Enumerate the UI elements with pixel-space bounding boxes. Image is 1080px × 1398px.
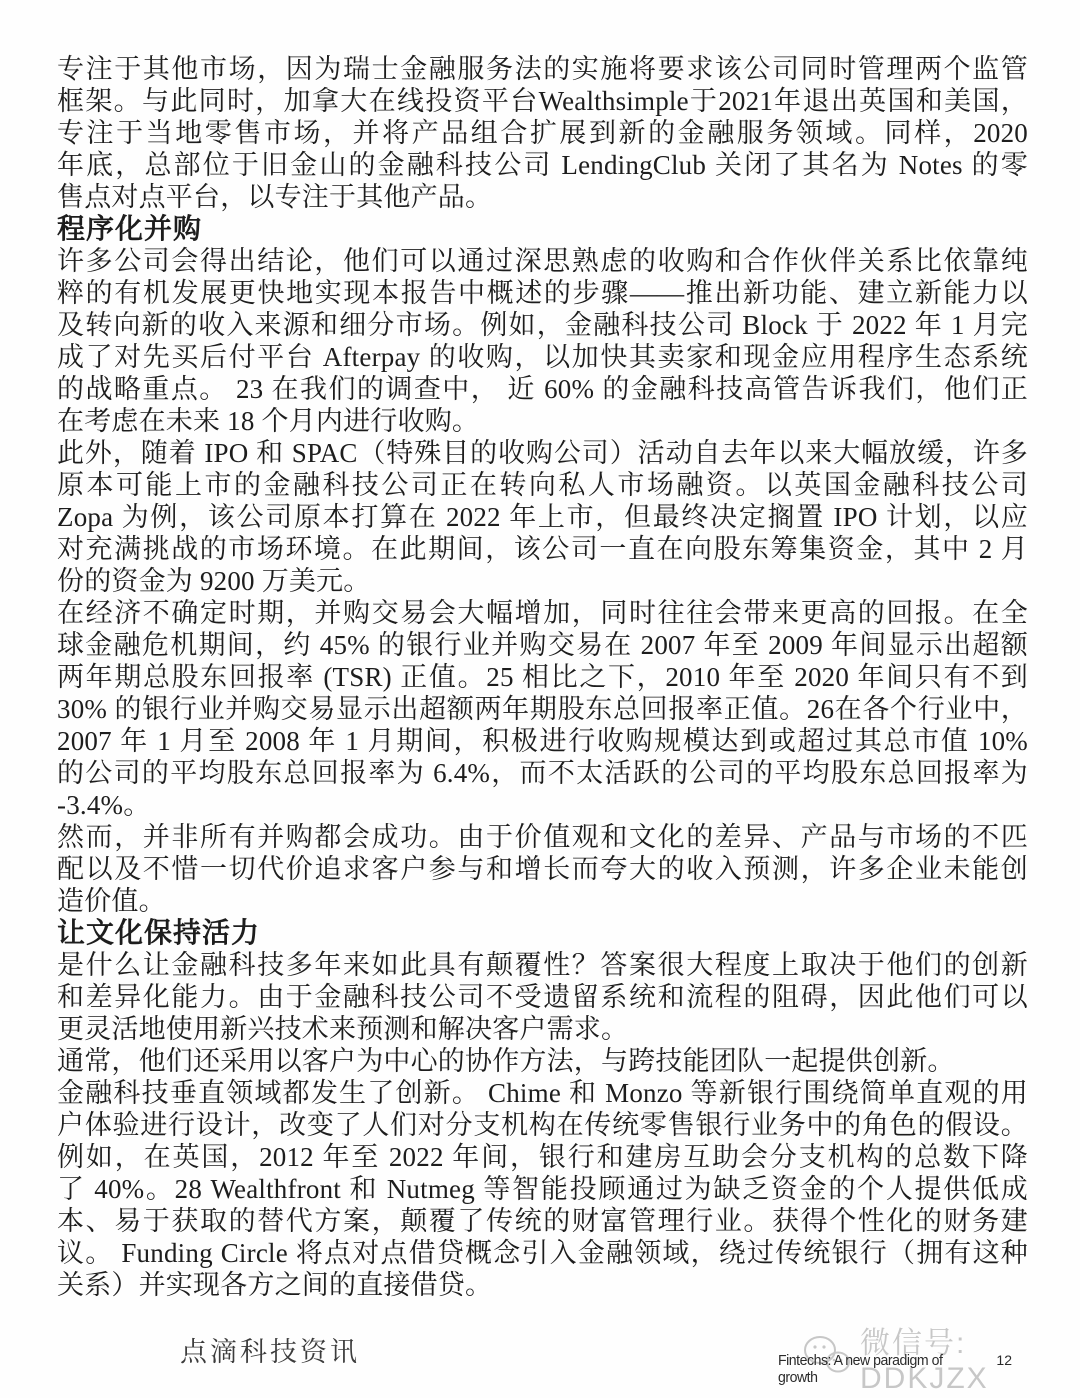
text-line: 和差异化能力。由于金融科技公司不受遗留系统和流程的阻碍，因此他们可以 — [57, 981, 1028, 1013]
text-line: Zopa 为例，该公司原本打算在 2022 年上市，但最终决定搁置 IPO 计划… — [57, 501, 1028, 533]
text-line: 份的资金为 9200 万美元。 — [57, 565, 1028, 597]
text-line: -3.4%。 — [57, 789, 1028, 821]
text-line: 通常，他们还采用以客户为中心的协作方法，与跨技能团队一起提供创新。 — [57, 1045, 1028, 1077]
text-line: 原本可能上市的金融科技公司正在转向私人市场融资。以英国金融科技公司 — [57, 469, 1028, 501]
text-line: 更灵活地使用新兴技术来预测和解决客户需求。 — [57, 1013, 1028, 1045]
text-line: 售点对点平台，以专注于其他产品。 — [57, 181, 1028, 213]
section-heading: 让文化保持活力 — [57, 917, 1028, 949]
text-line: 30% 的银行业并购交易显示出超额两年期股东总回报率正值。26在各个行业中， — [57, 693, 1028, 725]
text-line: 2007 年 1 月至 2008 年 1 月期间，积极进行收购规模达到或超过其总… — [57, 725, 1028, 757]
source-label: Fintechs: A new paradigm of growth — [778, 1352, 983, 1386]
text-line: 例如，在英国，2012 年至 2022 年间，银行和建房互助会分支机构的总数下降 — [57, 1141, 1028, 1173]
text-line: 及转向新的收入来源和细分市场。例如，金融科技公司 Block 于 2022 年 … — [57, 309, 1028, 341]
text-line: 粹的有机发展更快地实现本报告中概述的步骤——推出新功能、建立新能力以 — [57, 277, 1028, 309]
document-page: 专注于其他市场，因为瑞士金融服务法的实施将要求该公司同时管理两个监管框架。与此同… — [0, 0, 1080, 1398]
text-line: 在考虑在未来 18 个月内进行收购。 — [57, 405, 1028, 437]
text-line: 配以及不惜一切代价追求客户参与和增长而夸大的收入预测，许多企业未能创 — [57, 853, 1028, 885]
text-line: 此外，随着 IPO 和 SPAC（特殊目的收购公司）活动自去年以来大幅放缓，许多 — [57, 437, 1028, 469]
page-number: 12 — [996, 1352, 1038, 1368]
text-line: 关系）并实现各方之间的直接借贷。 — [57, 1269, 1028, 1301]
text-line: 议。 Funding Circle 将点对点借贷概念引入金融领域，绕过传统银行（… — [57, 1237, 1028, 1269]
text-line: 户体验进行设计，改变了人们对分支机构在传统零售银行业务中的角色的假设。 — [57, 1109, 1028, 1141]
text-line: 然而，并非所有并购都会成功。由于价值观和文化的差异、产品与市场的不匹 — [57, 821, 1028, 853]
document-body: 专注于其他市场，因为瑞士金融服务法的实施将要求该公司同时管理两个监管框架。与此同… — [57, 53, 1028, 1301]
text-line: 对充满挑战的市场环境。在此期间，该公司一直在向股东筹集资金，其中 2 月 — [57, 533, 1028, 565]
text-line: 许多公司会得出结论，他们可以通过深思熟虑的收购和合作伙伴关系比依靠纯 — [57, 245, 1028, 277]
text-line: 了 40%。28 Wealthfront 和 Nutmeg 等智能投顾通过为缺乏… — [57, 1173, 1028, 1205]
text-line: 是什么让金融科技多年来如此具有颠覆性？答案很大程度上取决于他们的创新 — [57, 949, 1028, 981]
text-line: 专注于其他市场，因为瑞士金融服务法的实施将要求该公司同时管理两个监管 — [57, 53, 1028, 85]
text-line: 的战略重点。 23 在我们的调查中， 近 60% 的金融科技高管告诉我们，他们正 — [57, 373, 1028, 405]
text-line: 造价值。 — [57, 885, 1028, 917]
text-line: 金融科技垂直领域都发生了创新。 Chime 和 Monzo 等新银行围绕简单直观… — [57, 1077, 1028, 1109]
source-line: Fintechs: A new paradigm of growth 12 — [778, 1352, 1038, 1386]
text-line: 年底，总部位于旧金山的金融科技公司 LendingClub 关闭了其名为 Not… — [57, 149, 1028, 181]
text-line: 的公司的平均股东总回报率为 6.4%，而不太活跃的公司的平均股东总回报率为 — [57, 757, 1028, 789]
text-line: 球金融危机期间，约 45% 的银行业并购交易在 2007 年至 2009 年间显… — [57, 629, 1028, 661]
brand-label: 点滴科技资讯 — [180, 1330, 360, 1369]
text-line: 框架。与此同时，加拿大在线投资平台Wealthsimple于2021年退出英国和… — [57, 85, 1028, 117]
footer: 点滴科技资讯 微信号: DDKJZX Fintechs: A new parad… — [0, 1318, 1080, 1398]
text-line: 专注于当地零售市场，并将产品组合扩展到新的金融服务领域。同样，2020 — [57, 117, 1028, 149]
section-heading: 程序化并购 — [57, 213, 1028, 245]
text-line: 两年期总股东回报率 (TSR) 正值。25 相比之下，2010 年至 2020 … — [57, 661, 1028, 693]
text-line: 在经济不确定时期，并购交易会大幅增加，同时往往会带来更高的回报。在全 — [57, 597, 1028, 629]
text-line: 本、易于获取的替代方案，颠覆了传统的财富管理行业。获得个性化的财务建 — [57, 1205, 1028, 1237]
text-line: 成了对先买后付平台 Afterpay 的收购，以加快其卖家和现金应用程序生态系统 — [57, 341, 1028, 373]
